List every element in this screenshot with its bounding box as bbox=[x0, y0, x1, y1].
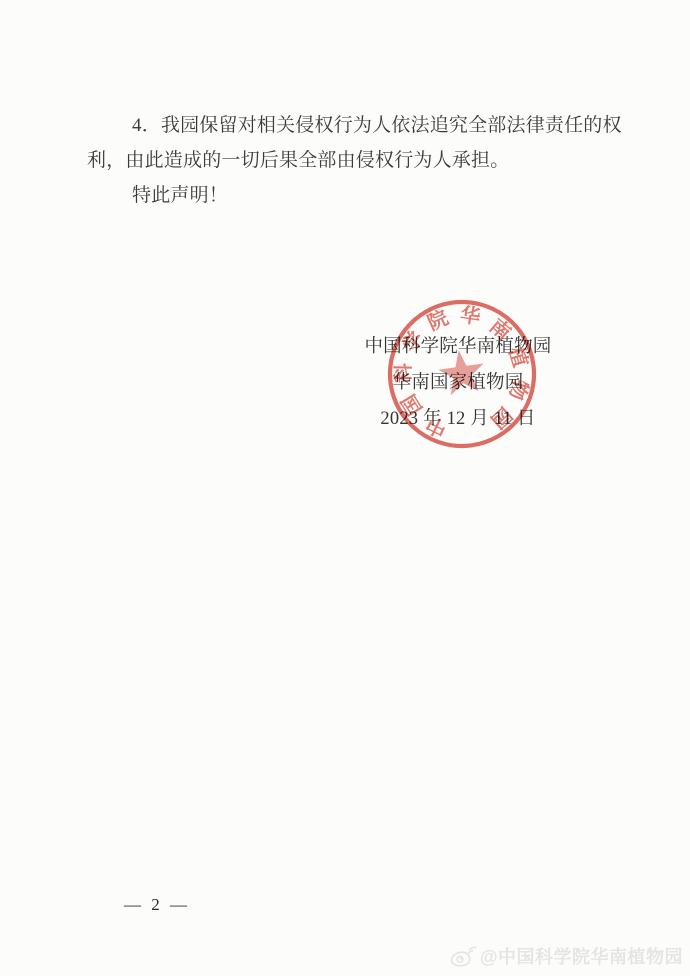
document-page: 4．我园保留对相关侵权行为人依法追究全部法律责任的权 利，由此造成的一切后果全部… bbox=[0, 0, 690, 976]
body-line-2: 利，由此造成的一切后果全部由侵权行为人承担。 bbox=[87, 143, 622, 178]
watermark: @中国科学院华南植物园 bbox=[450, 943, 683, 969]
weibo-icon bbox=[450, 945, 477, 967]
watermark-text: @中国科学院华南植物园 bbox=[480, 943, 683, 969]
signature-date: 2023 年 12 月 11 日 bbox=[327, 401, 589, 437]
page-number: — 2 — bbox=[124, 895, 190, 915]
signature-org-1: 中国科学院华南植物园 bbox=[327, 329, 589, 365]
seal-arc-char: 华 bbox=[459, 302, 482, 329]
body-line-1: 4．我园保留对相关侵权行为人依法追究全部法律责任的权 bbox=[87, 108, 622, 143]
signature-org-2: 华南国家植物园 bbox=[327, 365, 589, 401]
body-line-3: 特此声明！ bbox=[87, 178, 622, 213]
statement-body: 4．我园保留对相关侵权行为人依法追究全部法律责任的权 利，由此造成的一切后果全部… bbox=[87, 108, 622, 213]
signature-block: 中国科学院华南植物园 华南国家植物园 2023 年 12 月 11 日 bbox=[327, 329, 589, 437]
